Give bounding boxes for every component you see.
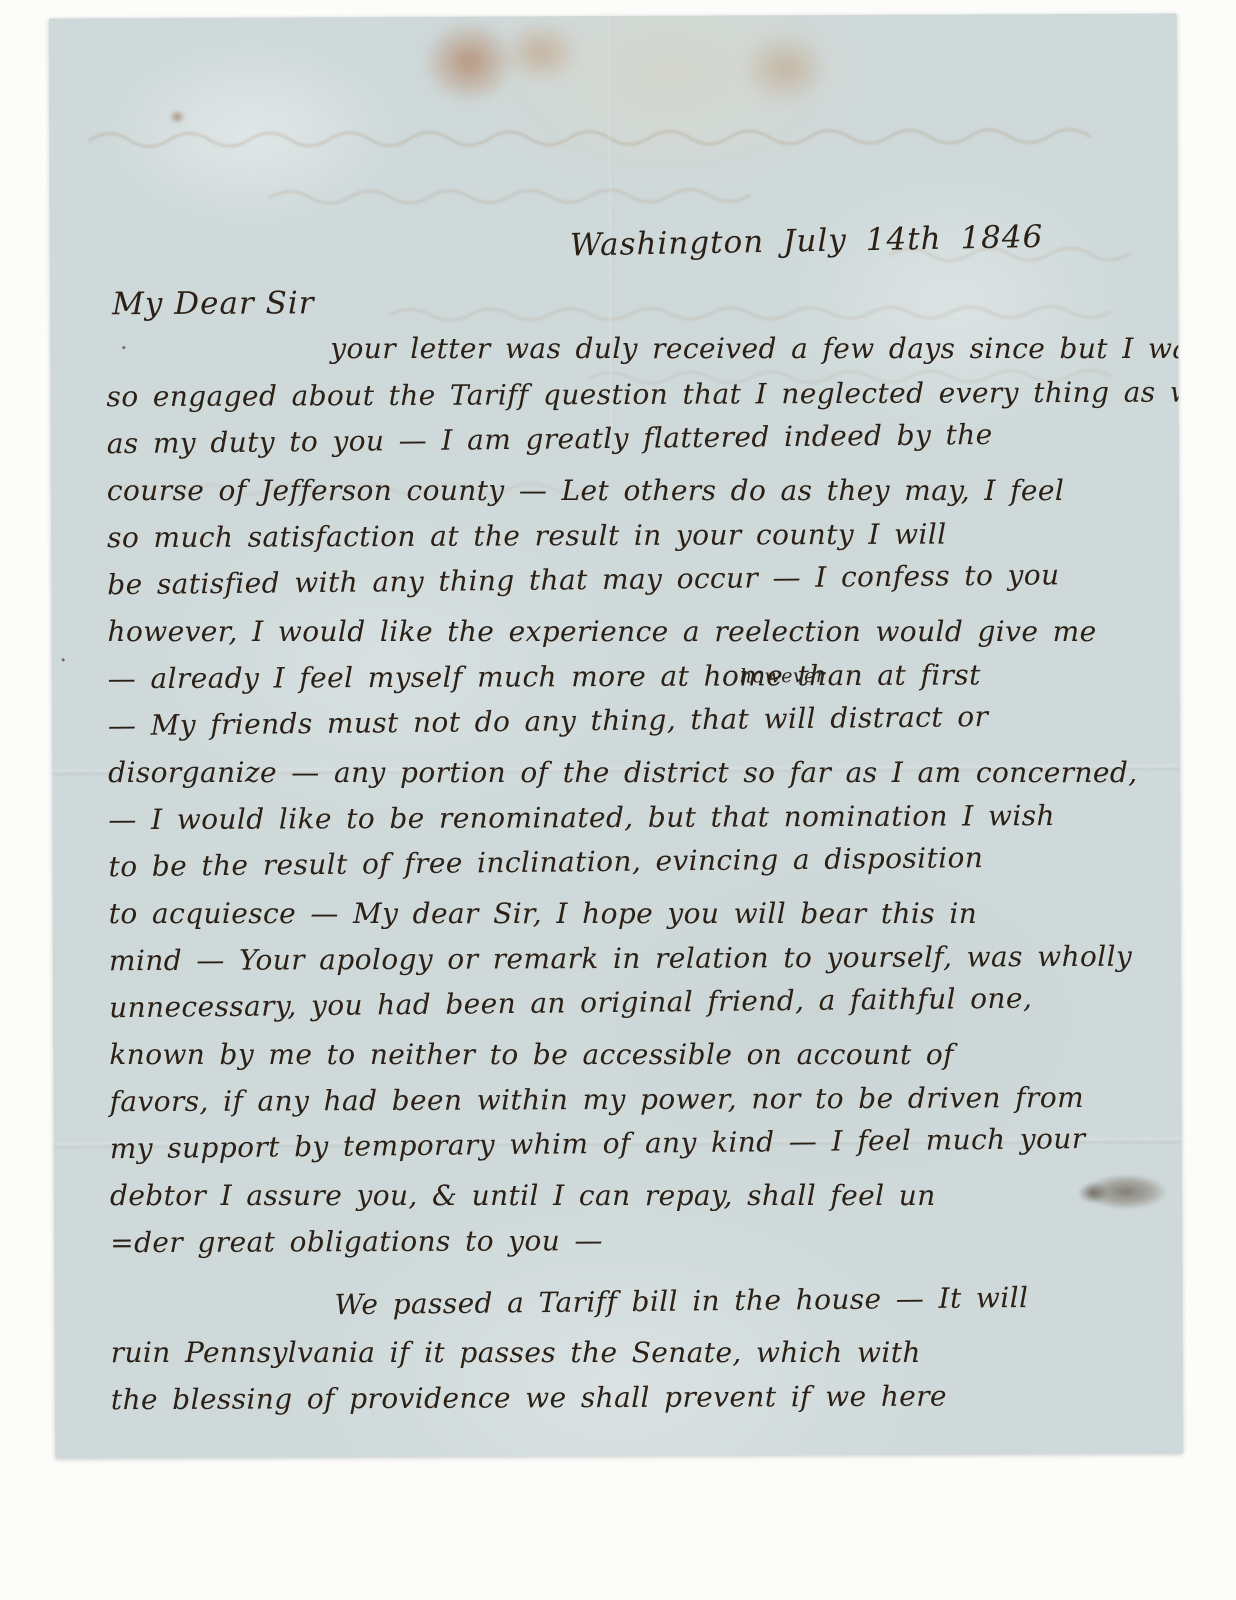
- letter-line: mind — Your apology or remark in relatio…: [109, 943, 1132, 975]
- letter-line: known by me to neither to be accessible …: [109, 1041, 954, 1069]
- scan-background: { "letter": { "dateline": "Washington Ju…: [0, 0, 1236, 1600]
- foxing-spot: [169, 110, 185, 124]
- paper-speck: [122, 346, 125, 349]
- paper-speck: [62, 658, 65, 661]
- ink-blot: [1084, 1174, 1168, 1210]
- letter-line: disorganize — any portion of the distric…: [108, 759, 1137, 787]
- letter-line: =der great obligations to you —: [110, 1227, 603, 1257]
- letter-line: favors, if any had been within my power,…: [110, 1084, 1085, 1116]
- letter-line: ruin Pennsylvania if it passes the Senat…: [111, 1339, 921, 1367]
- letter-line: — I would like to be renominated, but th…: [108, 802, 1055, 834]
- letter-line: debtor I assure you, & until I can repay…: [110, 1182, 936, 1210]
- letter-line: — already I feel myself much more at hom…: [108, 661, 981, 693]
- rust-stain: [501, 20, 581, 84]
- letter-line: We passed a Tariff bill in the house — I…: [334, 1284, 1028, 1319]
- letter-line: your letter was duly received a few days…: [330, 335, 1183, 363]
- letter-line: to acquiesce — My dear Sir, I hope you w…: [109, 900, 977, 928]
- letter-line: so much satisfaction at the result in yo…: [107, 521, 947, 553]
- letter-line: so engaged about the Tariff question tha…: [106, 378, 1183, 411]
- letter-line: however, I would like the experience a r…: [108, 618, 1097, 646]
- rust-stain: [739, 29, 831, 107]
- letter-paper: Washington July 14th 1846 My Dear Sir yo…: [49, 14, 1183, 1459]
- letter-salutation: My Dear Sir: [112, 285, 315, 322]
- interlinear-insertion: however: [740, 665, 826, 687]
- letter-line: the blessing of providence we shall prev…: [111, 1383, 947, 1415]
- letter-line: course of Jefferson county — Let others …: [107, 477, 1064, 505]
